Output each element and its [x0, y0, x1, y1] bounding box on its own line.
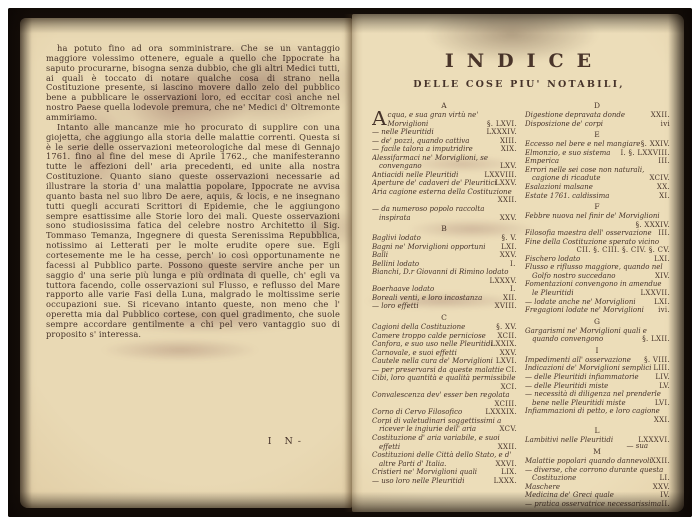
index-line: — facile talora a imputridireXIX. — [372, 145, 517, 154]
entry-term: Costituzioni delle Città dello Stato, e … — [372, 451, 511, 468]
entry-reference: III. — [665, 229, 670, 238]
entry-reference: LXXV. — [502, 179, 517, 188]
entry-term: Bianchi, D.r Giovanni di Rimino lodato — [372, 268, 508, 276]
entry-reference: XXV. — [507, 349, 517, 358]
index-line: Lambitivi nelle PleuritidiLXXXVI. — [525, 436, 670, 445]
entry-term: Flusso e riflusso maggiore, quando nel G… — [525, 263, 663, 280]
entry-reference: XXII. — [505, 196, 517, 205]
left-page: ha potuto fino ad ora somministrare. Che… — [20, 18, 352, 508]
entry-term: Balli — [372, 251, 388, 259]
entry-term: Bagni ne' Morviglioni opportuni — [372, 243, 485, 251]
index-line: Canfora, e suo uso nelle PleuritidiLXXIX… — [372, 340, 517, 349]
index-line: — per preservarsi da queste malattieCI. — [372, 366, 517, 375]
entry-term: Camere troppo calde perniciose — [372, 332, 486, 340]
entry-term: — nelle Pleuritidi — [372, 128, 434, 136]
entry-term: — diverse, che corrono durante questa Co… — [525, 466, 663, 483]
index-line: Cibi, loro quantità e qualità permissibi… — [372, 374, 517, 391]
entry-term: — da numeroso popolo raccolta inspirata — [372, 205, 484, 222]
entry-term: — pratica osservatrice necessarissima — [525, 500, 661, 508]
index-line: Malattie popolari quando dannevoliXXII. — [525, 457, 670, 466]
entry-reference: ivi — [668, 120, 670, 129]
entry-reference: XIX. — [508, 145, 517, 154]
entry-term: Infiammazioni di petto, e loro cagione — [525, 407, 660, 415]
entry-reference: IV. — [667, 491, 670, 500]
index-line: C — [372, 311, 517, 323]
entry-term: — lodate anche ne' Morviglioni — [525, 298, 636, 306]
entry-term: Cibi, loro quantità e qualità permissibi… — [372, 374, 516, 382]
entry-term: Baglivi lodato — [372, 234, 421, 242]
entry-reference: XXVI. — [502, 460, 517, 469]
entry-reference: XXII. — [658, 111, 670, 120]
index-line: — pratica osservatrice necessarissimaII. — [525, 500, 670, 509]
index-line: Boerhaave lodatoI. — [372, 285, 517, 294]
entry-term: Digestione depravata donde — [525, 111, 625, 119]
section-letter: F — [594, 202, 600, 211]
entry-reference: LIV. — [662, 373, 670, 382]
entry-reference: §. V. — [508, 234, 517, 243]
entry-reference: LXXX. — [501, 477, 517, 486]
section-letter: E — [594, 130, 600, 139]
entry-term: Boreali venti, e loro incostanza — [372, 294, 482, 302]
index-line: Filosofia maestra dell' osservazioneIII. — [525, 229, 670, 238]
index-line: — lodate anche ne' MorviglioniLXI. — [525, 298, 670, 307]
entry-term: Indicazioni de' Morviglioni semplici — [525, 364, 652, 372]
index-column-left: A Acqua, e sua gran virtù ne' Morviglion… — [372, 99, 517, 508]
entry-term: Bellini lodato — [372, 260, 419, 268]
signature-mark: I N- — [268, 436, 306, 447]
index-line: Aria cagione esterna della CostituzioneX… — [372, 188, 517, 205]
index-title: INDICE — [352, 50, 684, 72]
index-line: — diverse, che corrono durante questa Co… — [525, 466, 670, 483]
entry-reference: §. LXVI. — [487, 120, 517, 129]
entry-reference: XXI. — [661, 416, 670, 425]
entry-reference: XCIV. — [656, 174, 670, 183]
section-letter: A — [441, 101, 447, 110]
index-line: Impedimenti all' osservazione§. VIII. — [525, 356, 670, 365]
entry-reference: XII. — [510, 294, 517, 303]
index-line: Eccesso nel bere e nel mangiare§. XXIV. — [525, 140, 670, 149]
entry-reference: §. XXIV. — [648, 140, 670, 149]
catchword: — sua — [627, 442, 649, 450]
entry-term: — de' pozzi, quando cattiva — [372, 137, 469, 145]
index-line: Errori nelle sei cose non naturali, cagi… — [525, 166, 670, 183]
entry-term: Medicina de' Greci quale — [525, 491, 614, 499]
index-line: Convalescenza dev' esser ben regolataXCI… — [372, 391, 517, 408]
entry-term: Emperica — [525, 157, 559, 165]
index-line: — da numeroso popolo raccolta inspirataX… — [372, 205, 517, 222]
index-line: Cristieri ne' Morviglioni qualiLIX. — [372, 468, 517, 477]
index-line: A — [372, 99, 517, 111]
entry-term: Alessifarmaci ne' Morviglioni, se conven… — [372, 154, 488, 171]
index-line: Bagni ne' Morviglioni opportuniLXI. — [372, 243, 517, 252]
index-line: Carnovale, e suoi effettiXXV. — [372, 349, 517, 358]
section-letter: L — [595, 426, 601, 435]
index-line: Fine della Costituzione sperato vicinoCI… — [525, 238, 670, 255]
entry-reference: LXXVII. — [647, 289, 670, 298]
index-line: B — [372, 222, 517, 234]
entry-term: — loro effetti — [372, 302, 419, 310]
entry-term: — uso loro nelle Pleuritidi — [372, 477, 464, 485]
entry-term: Febbre nuova nel finir de' Morviglioni — [525, 212, 660, 220]
section-letter: D — [594, 101, 601, 110]
entry-term: Fine della Costituzione sperato vicino — [525, 238, 659, 246]
photo-frame: ha potuto fino ad ora somministrare. Che… — [0, 0, 700, 525]
paragraph: Intanto alle mancanze mie ho procurato d… — [46, 123, 340, 340]
index-line: L — [525, 424, 670, 436]
entry-term: Canfora, e suo uso nelle Pleuritidi — [372, 340, 493, 348]
section-letter: C — [441, 313, 448, 322]
entry-reference: §. VIII. — [651, 356, 670, 365]
entry-term: Esalazioni malsane — [525, 183, 593, 191]
index-line: EmpericaIII. — [525, 157, 670, 166]
index-line: Corno di Cervo FilosoficoLXXXIX. — [372, 408, 517, 417]
entry-term: Eccesso nel bere e nel mangiare — [525, 140, 640, 148]
entry-reference: LVI. — [662, 399, 670, 408]
entry-reference: LXI. — [661, 298, 670, 307]
entry-term: Cagioni della Costituzione — [372, 323, 465, 331]
entry-term: Acqua, e sua gran virtù ne' Morviglioni — [387, 111, 478, 128]
entry-reference: II. — [668, 500, 670, 509]
index-line: Indicazioni de' Morviglioni sempliciLIII… — [525, 364, 670, 373]
index-line: E — [525, 128, 670, 140]
entry-reference: LXXXVI. — [645, 436, 670, 445]
entry-reference: XIV. — [662, 272, 670, 281]
index-line: MaschereXXV. — [525, 483, 670, 492]
entry-term: Malattie popolari quando dannevoli — [525, 457, 652, 465]
index-line: Disposizione de' corpiivi — [525, 120, 670, 129]
index-line: Febbre nuova nel finir de' Morviglioni§.… — [525, 212, 670, 229]
entry-term: Aria cagione esterna della Costituzione — [372, 188, 512, 196]
index-line: Aperture de' cadaveri de' PleuriticiLXXV… — [372, 179, 517, 188]
entry-reference: §. XXXIV. — [643, 221, 670, 230]
entry-reference: LXXXIV. — [493, 128, 517, 137]
entry-term: Costituzione d' aria variabile, e suoi e… — [372, 434, 500, 451]
index-line: Digestione depravata dondeXXII. — [525, 111, 670, 120]
index-line: Antiacidi nelle PleuritidiLXXVIII. — [372, 171, 517, 180]
entry-reference: XIII. — [507, 137, 517, 146]
entry-reference: XCV. — [507, 425, 517, 434]
entry-term: Convalescenza dev' esser ben regolata — [372, 391, 510, 399]
entry-reference: LXI. — [661, 255, 670, 264]
entry-term: — facile talora a imputridire — [372, 145, 473, 153]
index-line: Cautele nella cura de' MorviglioniLXVI. — [372, 357, 517, 366]
index-line: BalliXXV. — [372, 251, 517, 260]
entry-reference: XCIII. — [501, 400, 517, 409]
entry-term: Fischero lodato — [525, 255, 580, 263]
entry-reference: XVIII. — [502, 302, 517, 311]
index-line: M — [525, 445, 670, 457]
index-line: Estate 1761. caldissimaXI. — [525, 192, 670, 201]
index-line: Infiammazioni di petto, e loro cagioneXX… — [525, 407, 670, 424]
index-line: Acqua, e sua gran virtù ne' Morviglioni§… — [372, 111, 517, 128]
entry-reference: LI. — [666, 474, 670, 483]
entry-reference: LXXXV. — [497, 277, 517, 286]
index-column-right: D Digestione depravata dondeXXII. Dispos… — [525, 99, 670, 508]
entry-reference: XXII. — [505, 443, 517, 452]
index-line: — necessità di diligenza nel prenderle b… — [525, 390, 670, 407]
index-line: Camere troppo calde pernicioseXCII. — [372, 332, 517, 341]
section-letter: G — [594, 317, 601, 326]
entry-term: Corpi di valetudinari soggettissimi a ri… — [372, 417, 501, 434]
entry-reference: §. XV. — [503, 323, 517, 332]
entry-reference: XXV. — [507, 251, 517, 260]
entry-reference: XCI. — [508, 383, 517, 392]
entry-term: Impedimenti all' osservazione — [525, 356, 631, 364]
entry-reference: LIII. — [660, 364, 670, 373]
entry-reference: XX. — [664, 183, 670, 192]
entry-reference: LIX. — [508, 468, 517, 477]
index-subtitle: DELLE COSE PIU' NOTABILI, — [352, 79, 684, 90]
entry-term: Cautele nella cura de' Morviglioni — [372, 357, 493, 365]
entry-reference: LV. — [666, 382, 670, 391]
section-letter: M — [593, 447, 602, 456]
index-line: F — [525, 200, 670, 212]
entry-term: Corno di Cervo Filosofico — [372, 408, 462, 416]
index-line: Cagioni della Costituzione§. XV. — [372, 323, 517, 332]
entry-reference: CII. §. CIII. §. CIV. §. CV. — [583, 246, 670, 255]
index-line: Boreali venti, e loro incostanzaXII. — [372, 294, 517, 303]
entry-reference: LXVI. — [503, 357, 517, 366]
index-line: Gargarismi ne' Morviglioni quali e quand… — [525, 327, 670, 344]
index-line: Costituzione d' aria variabile, e suoi e… — [372, 434, 517, 451]
entry-term: Lambitivi nelle Pleuritidi — [525, 436, 613, 444]
index-line: Fischero lodatoLXI. — [525, 255, 670, 264]
index-line: I — [525, 344, 670, 356]
index-line: — delle Pleuritidi misteLV. — [525, 382, 670, 391]
entry-term: — delle Pleuritidi infiammatorie — [525, 373, 639, 381]
entry-term: — delle Pleuritidi miste — [525, 382, 608, 390]
entry-term: Aperture de' cadaveri de' Pleuritici — [372, 179, 497, 187]
index-line: D — [525, 99, 670, 111]
section-letter: I — [596, 346, 600, 355]
entry-reference: XXII. — [658, 457, 670, 466]
index-line: Esalazioni malsaneXX. — [525, 183, 670, 192]
entry-reference: I. §. LXXVIII. — [627, 149, 670, 158]
entry-reference: III. — [665, 157, 670, 166]
index-line: Bellini lodatoI. — [372, 260, 517, 269]
entry-reference: LXXXIX. — [492, 408, 517, 417]
entry-term: Filosofia maestra dell' osservazione — [525, 229, 652, 237]
entry-reference: LXV. — [507, 162, 517, 171]
entry-reference: XI. — [666, 192, 670, 201]
entry-term: Antiacidi nelle Pleuritidi — [372, 171, 458, 179]
index-line: Medicina de' Greci qualeIV. — [525, 491, 670, 500]
entry-term: Cristieri ne' Morviglioni quali — [372, 468, 477, 476]
entry-reference: LXXIX. — [498, 340, 517, 349]
entry-reference: LXI. — [508, 243, 517, 252]
entry-reference: LXXVIII. — [491, 171, 517, 180]
entry-reference: §. LXII. — [649, 335, 670, 344]
entry-reference: ivi. — [665, 306, 670, 315]
index-line: Fomentazioni convengono in amendue le Pl… — [525, 280, 670, 297]
index-line: — delle Pleuritidi infiammatorieLIV. — [525, 373, 670, 382]
entry-term: Maschere — [525, 483, 560, 491]
index-line: Costituzioni delle Città dello Stato, e … — [372, 451, 517, 468]
entry-term: Fregagioni lodate ne' Morviglioni — [525, 306, 644, 314]
entry-reference: XXV. — [660, 483, 670, 492]
entry-term: Errori nelle sei cose non naturali, cagi… — [525, 166, 644, 183]
entry-term: Disposizione de' corpi — [525, 120, 603, 128]
entry-term: Elmonzio, e suo sistema — [525, 149, 610, 157]
entry-term: — necessità di diligenza nel prenderle b… — [525, 390, 661, 407]
entry-term: Carnovale, e suoi effetti — [372, 349, 457, 357]
index-line: Baglivi lodato§. V. — [372, 234, 517, 243]
index-line: Corpi di valetudinari soggettissimi a ri… — [372, 417, 517, 434]
index-line: Elmonzio, e suo sistemaI. §. LXXVIII. — [525, 149, 670, 158]
entry-term: — per preservarsi da queste malattie — [372, 366, 504, 374]
section-letter: B — [441, 224, 448, 233]
entry-term: Boerhaave lodato — [372, 285, 434, 293]
index-line: G — [525, 315, 670, 327]
left-page-text: ha potuto fino ad ora somministrare. Che… — [46, 44, 340, 340]
index-line: — uso loro nelle PleuritidiLXXX. — [372, 477, 517, 486]
index-line: Alessifarmaci ne' Morviglioni, se conven… — [372, 154, 517, 171]
paragraph: ha potuto fino ad ora somministrare. Che… — [46, 44, 340, 123]
index-line: Flusso e riflusso maggiore, quando nel G… — [525, 263, 670, 280]
book-photo: ha potuto fino ad ora somministrare. Che… — [8, 8, 692, 517]
right-page: INDICE DELLE COSE PIU' NOTABILI, A Acqua… — [352, 14, 684, 512]
index-line: Bianchi, D.r Giovanni di Rimino lodatoLX… — [372, 268, 517, 285]
index-line: Fregagioni lodate ne' Morviglioniivi. — [525, 306, 670, 315]
entry-reference: CI. — [513, 366, 517, 375]
index-line: — loro effettiXVIII. — [372, 302, 517, 311]
index-line: — nelle PleuritidiLXXXIV. — [372, 128, 517, 137]
index-line: — de' pozzi, quando cattivaXIII. — [372, 137, 517, 146]
entry-term: Gargarismi ne' Morviglioni quali e quand… — [525, 327, 647, 344]
entry-reference: XXV. — [507, 214, 517, 223]
entry-reference: XCII. — [505, 332, 517, 341]
entry-term: Estate 1761. caldissima — [525, 192, 609, 200]
